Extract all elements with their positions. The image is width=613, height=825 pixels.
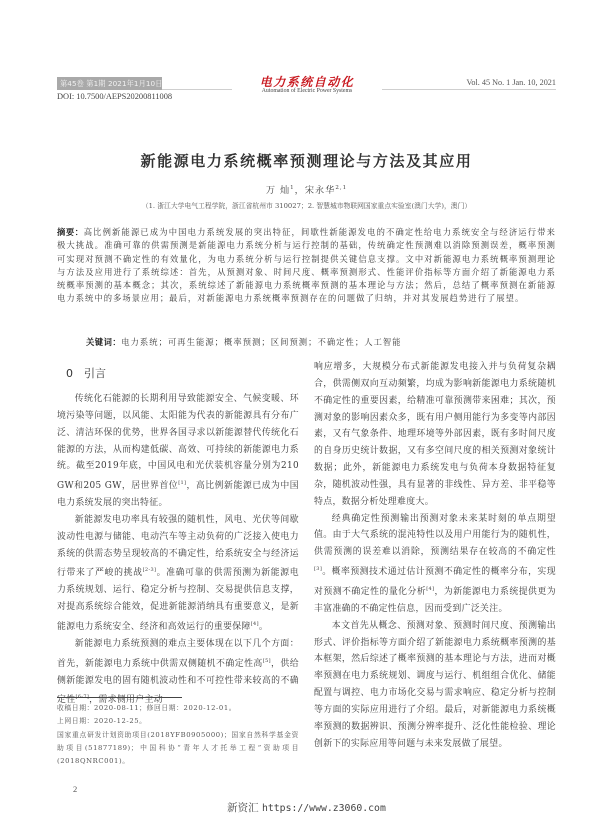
- citation[interactable]: [5]: [263, 658, 271, 664]
- paragraph: 新能源电力系统预测的难点主要体现在以下几个方面：首先，新能源电力系统中供需双侧随…: [57, 636, 299, 709]
- keywords-label: 关键词：: [86, 337, 121, 347]
- author-separator: ，: [295, 185, 305, 196]
- citation[interactable]: [4]: [251, 621, 259, 627]
- abstract: 摘要：高比例新能源已成为中国电力系统发展的突出特征，间歇性新能源发电的不确定性给…: [57, 226, 556, 306]
- journal-logo-en: Automation of Electric Power Systems: [222, 88, 392, 94]
- footnote-rule: [57, 697, 182, 698]
- paragraph-continued: 响应增多，大规模分布式新能源发电接入并与负荷复杂耦合，供需侧双向互动频繁，均成为…: [314, 359, 556, 511]
- watermark-url[interactable]: https://www.z3060.com: [262, 803, 386, 814]
- watermark: 新资汇 https://www.z3060.com: [0, 800, 613, 815]
- section-title: 引言: [84, 367, 106, 380]
- keywords-text: 电力系统；可再生能源；概率预测；区间预测；不确定性；人工智能: [121, 337, 401, 347]
- author-list: 万 灿1，宋永华2,1: [0, 182, 613, 196]
- paragraph: 新能源发电功率具有较强的随机性，风电、光伏等间歇波动性电源与储能、电动汽车等主动…: [57, 512, 299, 636]
- abstract-label: 摘要：: [57, 227, 84, 237]
- paragraph: 本文首先从概念、预测对象、预测时间尺度、预测输出形式、评价指标等方面介绍了新能源…: [314, 618, 556, 753]
- section-heading: 0引言: [66, 365, 106, 381]
- watermark-label: 新资汇: [227, 802, 259, 814]
- section-number: 0: [66, 367, 84, 380]
- paragraph: 经典确定性预测输出预测对象未来某时刻的单点期望值。由于大气系统的混沌特性以及用户…: [314, 511, 556, 618]
- body-column-right: 响应增多，大规模分布式新能源发电接入并与负荷复杂耦合，供需侧双向互动频繁，均成为…: [314, 359, 556, 752]
- author-affiliation-mark: 2,1: [335, 185, 347, 191]
- body-column-left: 传统化石能源的长期利用导致能源安全、气候变暖、环境污染等问题，以风能、太阳能为代…: [57, 391, 299, 709]
- footnote-online: 上网日期：2020-12-25。: [57, 715, 299, 728]
- author-name: 万 灿: [266, 185, 290, 196]
- footnote-funding: 国家重点研发计划资助项目(2018YFB0905000)；国家自然科学基金资助项…: [57, 729, 299, 769]
- abstract-text: 高比例新能源已成为中国电力系统发展的突出特征，间歇性新能源发电的不确定性给电力系…: [57, 227, 556, 303]
- volume-info: Vol. 45 No. 1 Jan. 10, 2021: [386, 78, 556, 87]
- citation[interactable]: [2-3]: [143, 567, 157, 573]
- author-name: 宋永华: [305, 185, 336, 196]
- keywords: 关键词：电力系统；可再生能源；概率预测；区间预测；不确定性；人工智能: [86, 336, 402, 348]
- paper-title: 新能源电力系统概率预测理论与方法及其应用: [0, 150, 613, 171]
- page-number: 2: [73, 784, 77, 794]
- paragraph: 传统化石能源的长期利用导致能源安全、气候变暖、环境污染等问题，以风能、太阳能为代…: [57, 391, 299, 512]
- footnote-received: 收稿日期：2020-08-11；修回日期：2020-12-01。: [57, 702, 299, 715]
- affiliations: （1. 浙江大学电气工程学院，浙江省杭州市 310027；2. 智慧城市物联网国…: [0, 200, 613, 210]
- doi: DOI: 10.7500/AEPS20200811008: [57, 92, 172, 101]
- citation[interactable]: [3]: [314, 566, 322, 572]
- footnotes: 收稿日期：2020-08-11；修回日期：2020-12-01。 上网日期：20…: [57, 702, 299, 768]
- header-rule-right: [382, 89, 556, 90]
- issue-band: 第45卷 第1期 2021年1月10日: [57, 77, 162, 90]
